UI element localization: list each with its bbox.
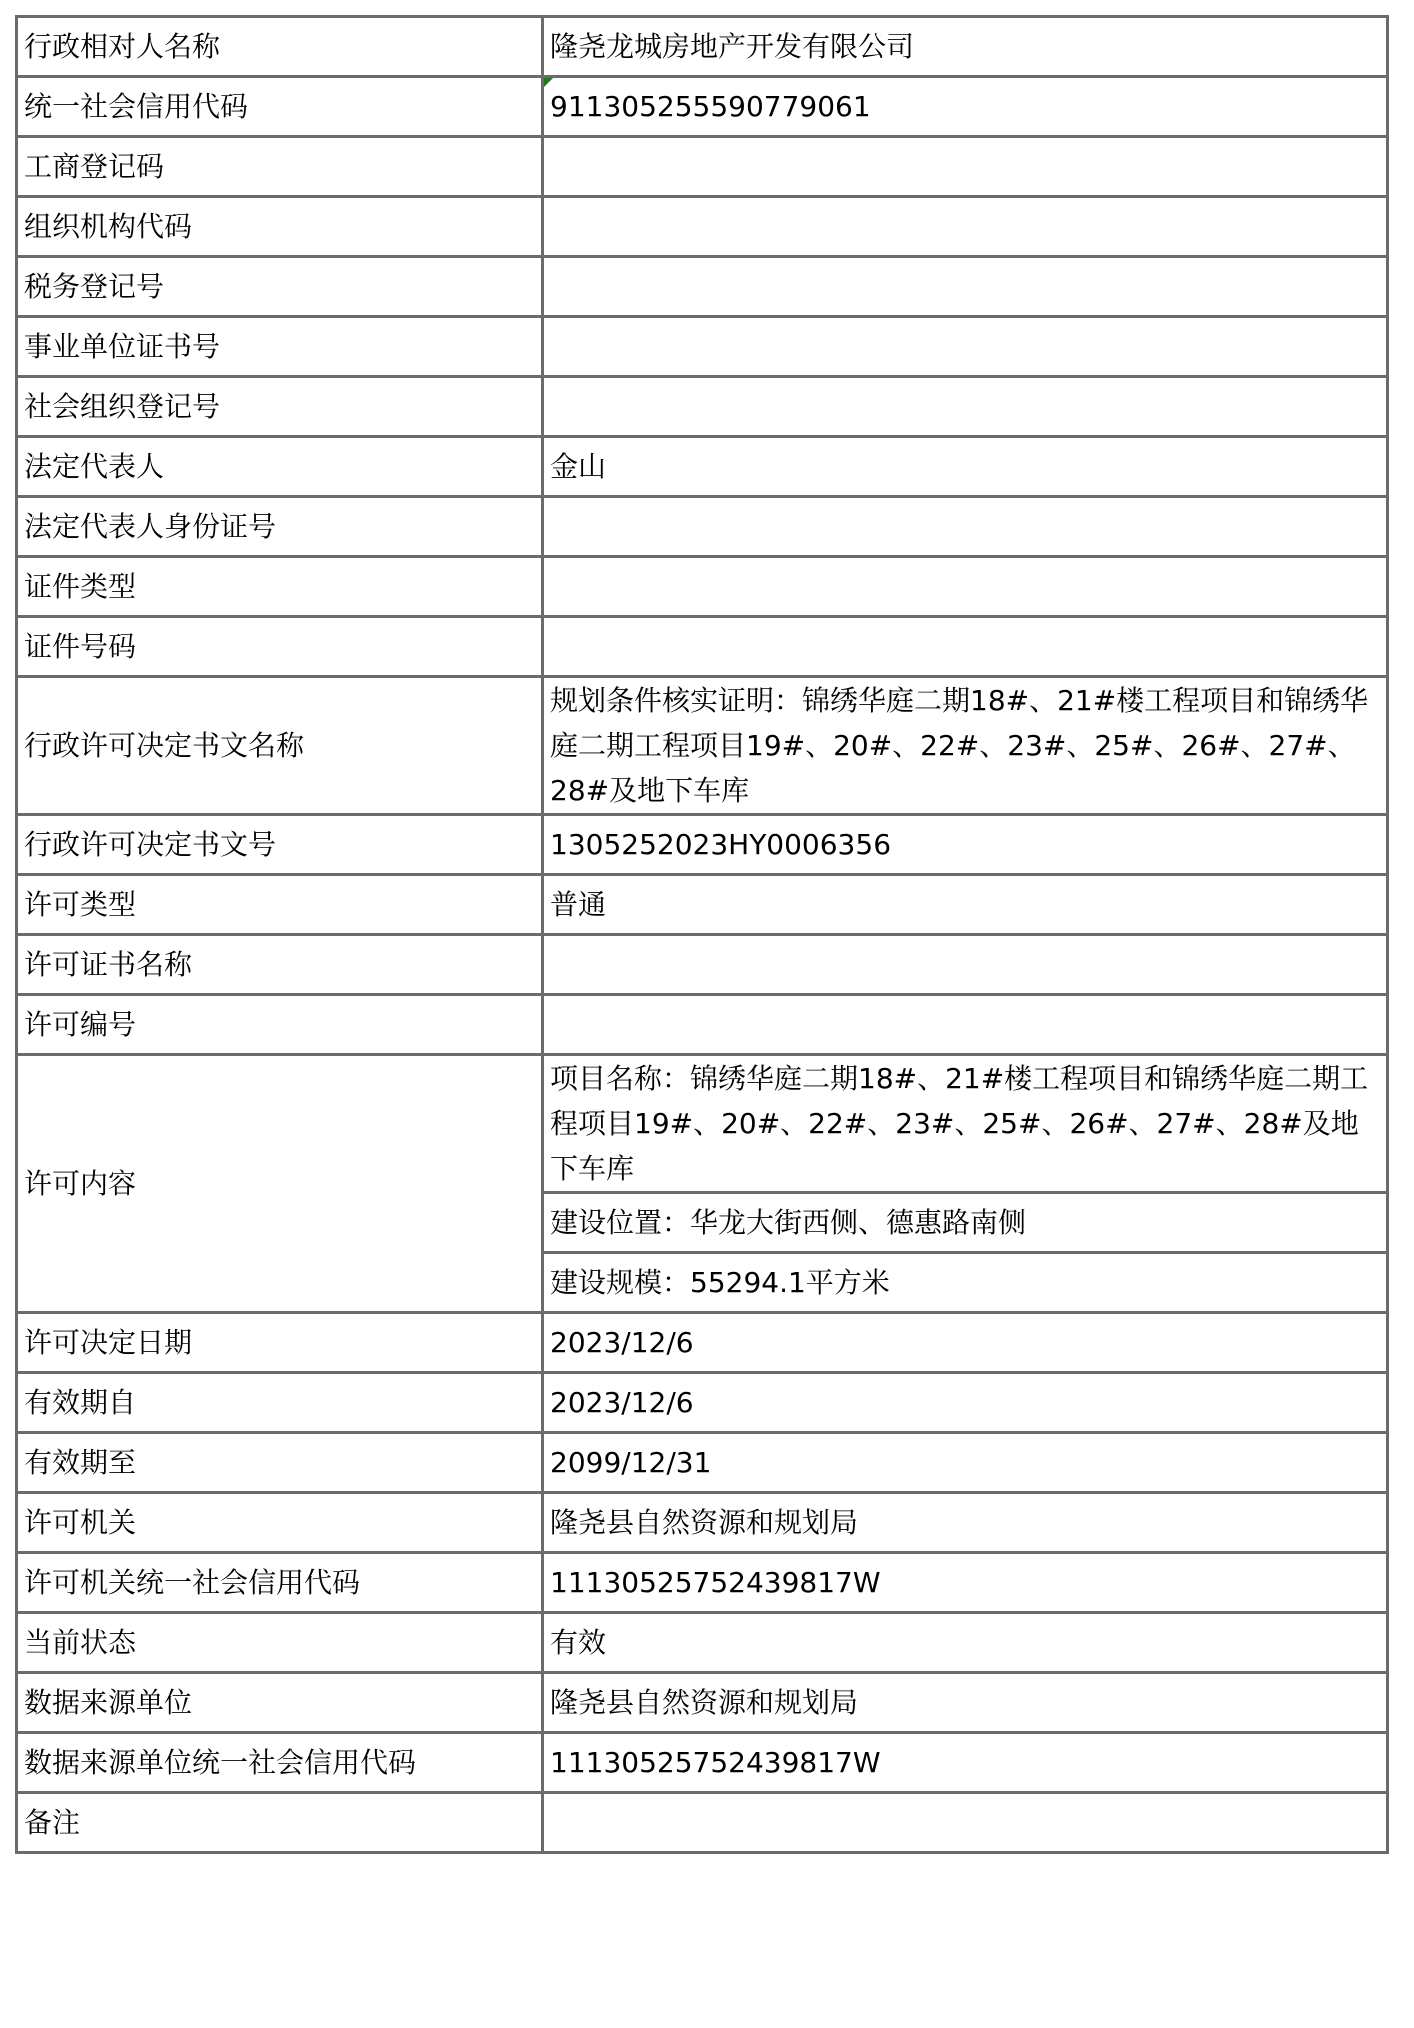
row-label: 社会组织登记号 — [17, 377, 543, 437]
table-row: 行政许可决定书文名称 规划条件核实证明：锦绣华庭二期18#、21#楼工程项目和锦… — [17, 677, 1388, 815]
permit-content-label: 许可内容 — [17, 1055, 543, 1313]
row-value — [543, 137, 1388, 197]
row-label: 法定代表人 — [17, 437, 543, 497]
permit-content-item: 建设位置：华龙大街西侧、德惠路南侧 — [543, 1193, 1388, 1253]
row-value: 911305255590779061 — [550, 90, 871, 123]
row-label: 证件类型 — [17, 557, 543, 617]
row-label: 许可类型 — [17, 875, 543, 935]
row-label: 当前状态 — [17, 1613, 543, 1673]
row-value: 隆尧县自然资源和规划局 — [543, 1673, 1388, 1733]
row-label: 统一社会信用代码 — [17, 77, 543, 137]
row-value-cell: 911305255590779061 — [543, 77, 1388, 137]
row-label: 数据来源单位 — [17, 1673, 543, 1733]
row-label: 行政许可决定书文号 — [17, 815, 543, 875]
permit-info-table: 行政相对人名称 隆尧龙城房地产开发有限公司 统一社会信用代码 911305255… — [15, 15, 1389, 1854]
cell-marker-icon — [544, 78, 553, 87]
row-value — [543, 557, 1388, 617]
row-label: 组织机构代码 — [17, 197, 543, 257]
table-row: 统一社会信用代码 911305255590779061 — [17, 77, 1388, 137]
row-value — [543, 317, 1388, 377]
row-label: 许可编号 — [17, 995, 543, 1055]
permit-content-item: 建设规模：55294.1平方米 — [543, 1253, 1388, 1313]
table-row: 许可决定日期 2023/12/6 — [17, 1313, 1388, 1373]
row-label: 税务登记号 — [17, 257, 543, 317]
row-value: 11130525752439817W — [543, 1553, 1388, 1613]
row-value — [543, 617, 1388, 677]
table-row: 社会组织登记号 — [17, 377, 1388, 437]
table-row: 许可类型 普通 — [17, 875, 1388, 935]
row-value — [543, 1793, 1388, 1853]
row-label: 证件号码 — [17, 617, 543, 677]
table-row: 税务登记号 — [17, 257, 1388, 317]
table-row: 备注 — [17, 1793, 1388, 1853]
table-row: 证件类型 — [17, 557, 1388, 617]
table-row: 数据来源单位统一社会信用代码 11130525752439817W — [17, 1733, 1388, 1793]
row-value: 普通 — [543, 875, 1388, 935]
row-label: 许可机关统一社会信用代码 — [17, 1553, 543, 1613]
table-row: 行政相对人名称 隆尧龙城房地产开发有限公司 — [17, 17, 1388, 77]
row-value: 规划条件核实证明：锦绣华庭二期18#、21#楼工程项目和锦绣华庭二期工程项目19… — [543, 677, 1388, 815]
table-row: 工商登记码 — [17, 137, 1388, 197]
row-value: 1305252023HY0006356 — [543, 815, 1388, 875]
row-label: 工商登记码 — [17, 137, 543, 197]
table-row: 有效期自 2023/12/6 — [17, 1373, 1388, 1433]
row-value — [543, 257, 1388, 317]
table-row: 事业单位证书号 — [17, 317, 1388, 377]
row-value — [543, 935, 1388, 995]
table-row: 行政许可决定书文号 1305252023HY0006356 — [17, 815, 1388, 875]
row-label: 许可证书名称 — [17, 935, 543, 995]
permit-content-item: 项目名称：锦绣华庭二期18#、21#楼工程项目和锦绣华庭二期工程项目19#、20… — [543, 1055, 1388, 1193]
table-row: 许可机关 隆尧县自然资源和规划局 — [17, 1493, 1388, 1553]
row-value: 2099/12/31 — [543, 1433, 1388, 1493]
row-label: 数据来源单位统一社会信用代码 — [17, 1733, 543, 1793]
table-row: 数据来源单位 隆尧县自然资源和规划局 — [17, 1673, 1388, 1733]
row-label: 许可决定日期 — [17, 1313, 543, 1373]
row-value — [543, 377, 1388, 437]
row-value — [543, 995, 1388, 1055]
table-row: 组织机构代码 — [17, 197, 1388, 257]
table-row: 许可机关统一社会信用代码 11130525752439817W — [17, 1553, 1388, 1613]
row-value: 隆尧县自然资源和规划局 — [543, 1493, 1388, 1553]
row-value: 隆尧龙城房地产开发有限公司 — [543, 17, 1388, 77]
permit-content-row: 许可内容 项目名称：锦绣华庭二期18#、21#楼工程项目和锦绣华庭二期工程项目1… — [17, 1055, 1388, 1193]
row-label: 行政许可决定书文名称 — [17, 677, 543, 815]
table-row: 有效期至 2099/12/31 — [17, 1433, 1388, 1493]
row-label: 有效期自 — [17, 1373, 543, 1433]
row-value: 有效 — [543, 1613, 1388, 1673]
table-row: 法定代表人 金山 — [17, 437, 1388, 497]
row-label: 备注 — [17, 1793, 543, 1853]
row-value: 2023/12/6 — [543, 1313, 1388, 1373]
table-row: 当前状态 有效 — [17, 1613, 1388, 1673]
row-label: 事业单位证书号 — [17, 317, 543, 377]
row-label: 行政相对人名称 — [17, 17, 543, 77]
table-row: 许可编号 — [17, 995, 1388, 1055]
table-row: 法定代表人身份证号 — [17, 497, 1388, 557]
row-value: 2023/12/6 — [543, 1373, 1388, 1433]
row-label: 法定代表人身份证号 — [17, 497, 543, 557]
row-value: 11130525752439817W — [543, 1733, 1388, 1793]
row-label: 许可机关 — [17, 1493, 543, 1553]
table-row: 许可证书名称 — [17, 935, 1388, 995]
table-row: 证件号码 — [17, 617, 1388, 677]
row-value: 金山 — [543, 437, 1388, 497]
row-label: 有效期至 — [17, 1433, 543, 1493]
row-value — [543, 197, 1388, 257]
row-value — [543, 497, 1388, 557]
